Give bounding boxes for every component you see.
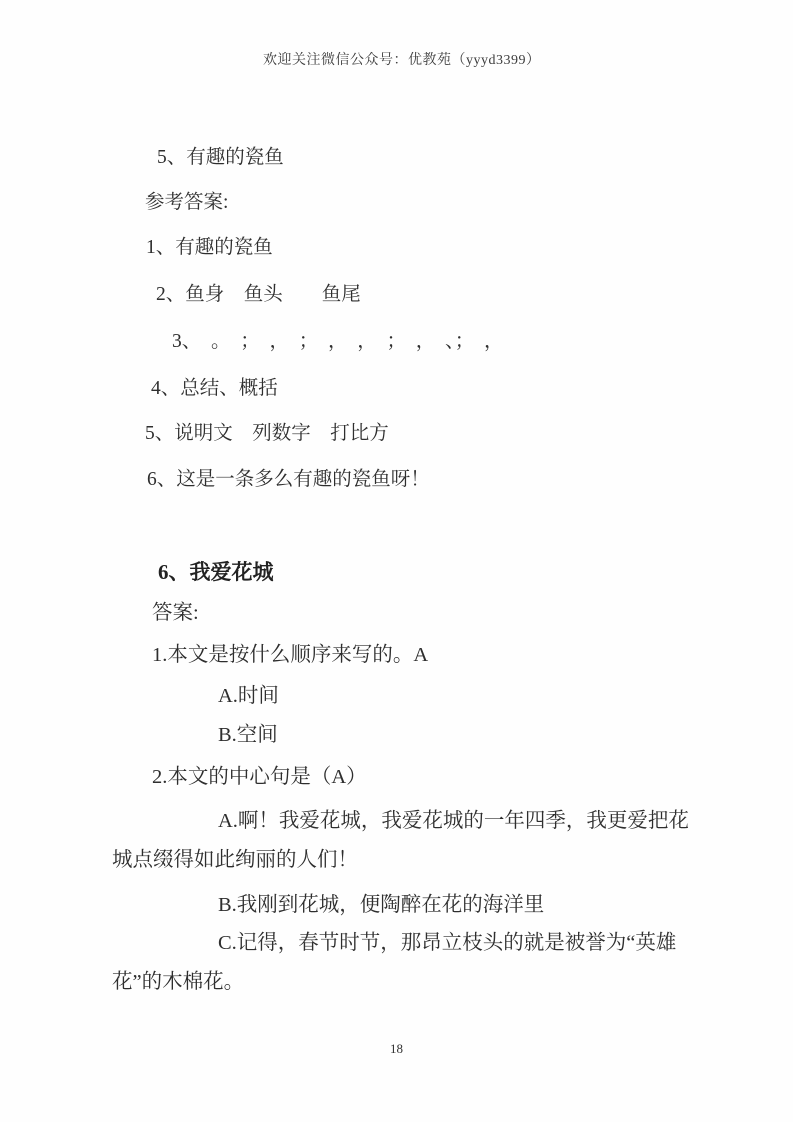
section1-answer-item-3: 3、 。 ； ， ； ， ， ； ， 、； ， — [172, 330, 504, 353]
section1-answer-label: 参考答案: — [145, 191, 228, 214]
section2-answer-label: 答案: — [152, 601, 199, 625]
section1-answer-item-6: 6、这是一条多么有趣的瓷鱼呀！ — [147, 468, 430, 491]
section2-q1-option-b: B.空间 — [218, 723, 278, 747]
section2-q2-option-c-line1: C.记得，春节时节，那昂立枝头的就是被誉为“英雄 — [218, 931, 676, 955]
section2-heading: 6、我爱花城 — [158, 560, 274, 585]
section1-answer-item-2: 2、鱼身 鱼头 鱼尾 — [156, 283, 361, 306]
section1-answer-item-5: 5、说明文 列数字 打比方 — [145, 422, 389, 445]
page-number: 18 — [0, 1041, 793, 1057]
section2-question-2: 2.本文的中心句是（A） — [152, 765, 367, 789]
section2-q2-option-a-line2: 城点缀得如此绚丽的人们！ — [112, 848, 358, 872]
page-header: 欢迎关注微信公众号：优教苑（yyyd3399） — [263, 53, 541, 70]
section2-q2-option-a-line1: A.啊！我爱花城，我爱花城的一年四季，我更爱把花 — [218, 809, 689, 833]
section2-q2-option-c-line2: 花”的木棉花。 — [112, 970, 244, 994]
document-page: 欢迎关注微信公众号：优教苑（yyyd3399） 5、有趣的瓷鱼 参考答案: 1、… — [0, 0, 793, 1122]
section2-q1-option-a: A.时间 — [218, 684, 279, 708]
section1-answer-item-1: 1、有趣的瓷鱼 — [146, 236, 273, 259]
section1-answer-item-4: 4、总结、概括 — [151, 377, 278, 400]
section1-heading: 5、有趣的瓷鱼 — [157, 146, 284, 169]
section2-question-1: 1.本文是按什么顺序来写的。A — [152, 643, 428, 667]
section2-q2-option-b: B.我刚到花城，便陶醉在花的海洋里 — [218, 893, 544, 917]
